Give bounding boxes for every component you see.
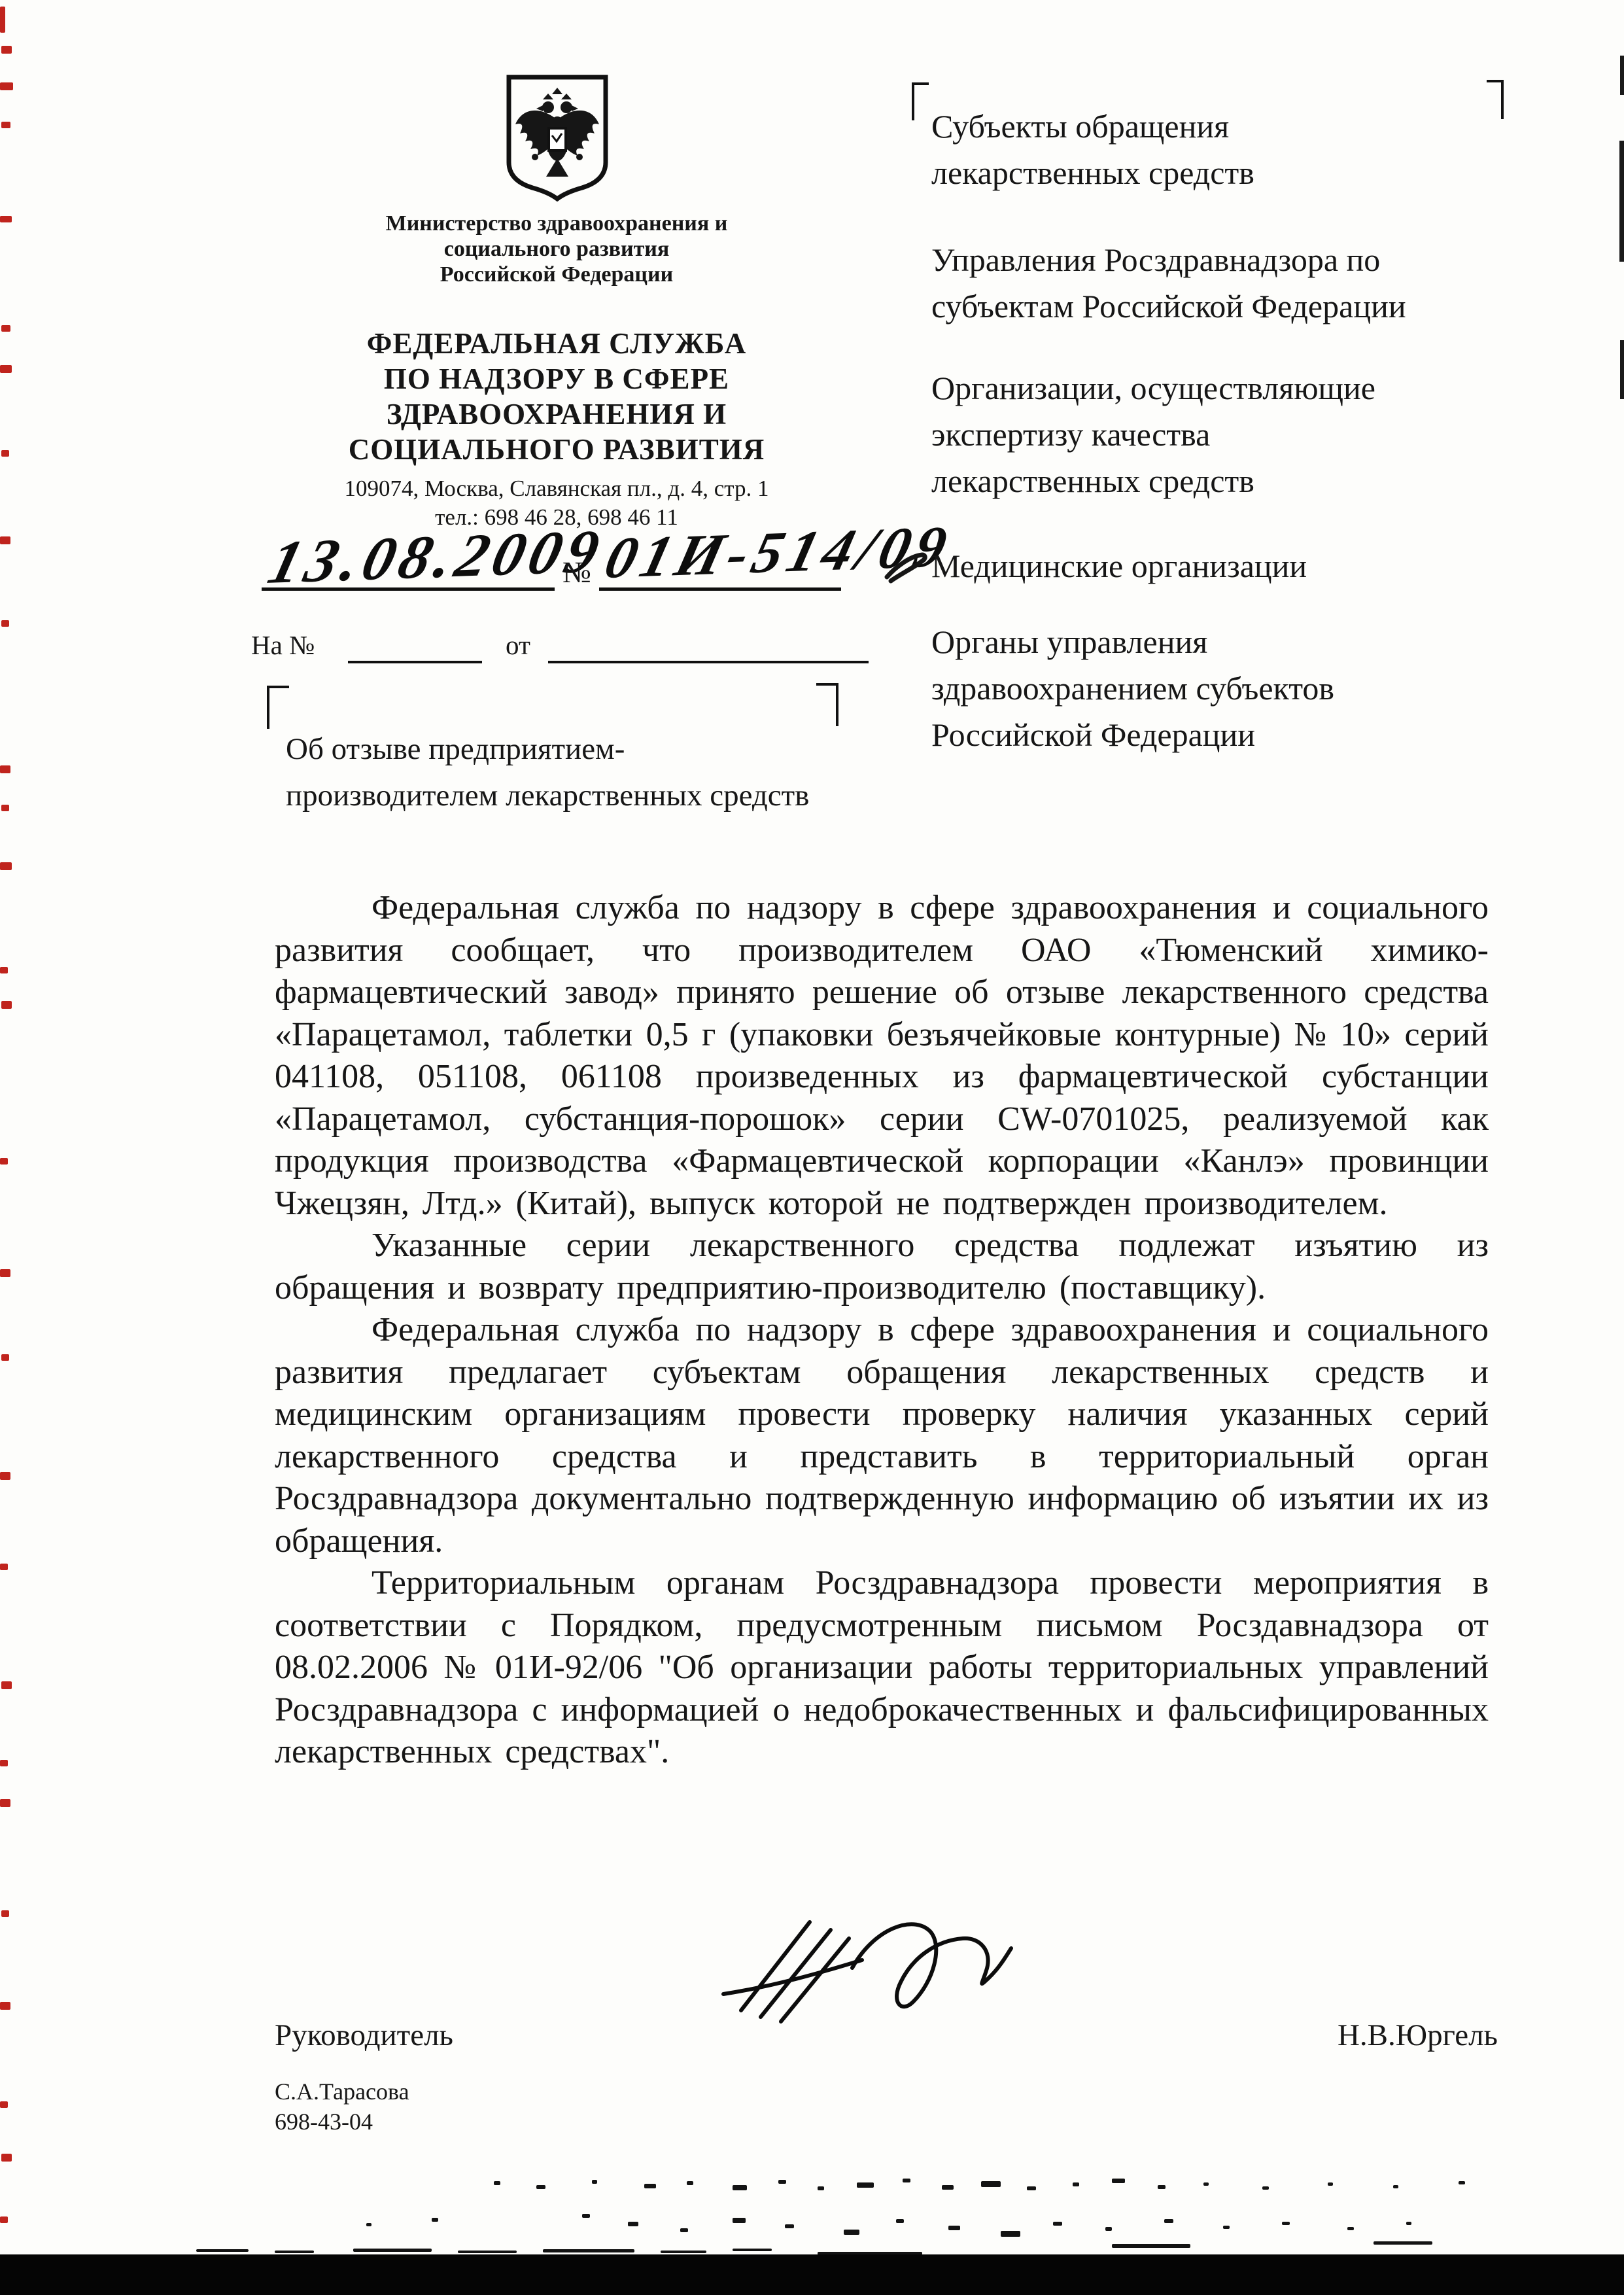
addressee-item: Субъекты обращения лекарственных средств (931, 103, 1520, 196)
signer-name: Н.В.Юргель (1282, 2018, 1498, 2053)
addressee-item: Медицинские организации (931, 543, 1520, 589)
subject-corner-mark-right (816, 683, 838, 726)
addressee-item: Организации, осуществляющие экспертизу к… (931, 365, 1520, 504)
letter-body: Федеральная служба по надзору в сфере зд… (275, 887, 1489, 1774)
service-name: ФЕДЕРАЛЬНАЯ СЛУЖБА ПО НАДЗОРУ В СФЕРЕ ЗД… (275, 326, 838, 467)
letter-subject: Об отзыве предприятием- производителем л… (286, 726, 874, 819)
signer-title: Руководитель (275, 2018, 453, 2053)
ministry-name: Министерство здравоохранения и социально… (275, 211, 838, 287)
number-sign: № (562, 555, 591, 589)
scanner-black-band (0, 2254, 1624, 2295)
executor-phone: 698-43-04 (275, 2108, 373, 2135)
stray-pen-mark (884, 548, 930, 587)
postal-address: 109074, Москва, Славянская пл., д. 4, ст… (275, 475, 838, 502)
scanned-letter-page: Министерство здравоохранения и социально… (0, 0, 1624, 2295)
reply-to-number-label: На № (251, 629, 315, 661)
signature-icon (705, 1902, 1019, 2040)
number-underline (599, 587, 841, 591)
subject-corner-mark-left (267, 686, 289, 729)
body-paragraph: Федеральная служба по надзору в сфере зд… (275, 1309, 1489, 1562)
russian-coat-of-arms-icon (502, 72, 612, 201)
body-paragraph: Федеральная служба по надзору в сфере зд… (275, 887, 1489, 1225)
handwritten-date: 13.08.2009 (262, 516, 612, 598)
reply-from-label: от (506, 629, 530, 661)
body-paragraph: Территориальным органам Росздравнадзора … (275, 1562, 1489, 1774)
reply-number-blank (348, 661, 482, 663)
addressee-item: Управления Росздравнадзора по субъектам … (931, 237, 1520, 330)
addressee-item: Органы управления здравоохранением субъе… (931, 619, 1520, 758)
executor-name: С.А.Тарасова (275, 2078, 409, 2105)
body-paragraph: Указанные серии лекарственного средства … (275, 1225, 1489, 1309)
date-underline (262, 587, 555, 591)
addressee-corner-mark-left (912, 82, 929, 120)
reply-date-blank (548, 661, 869, 663)
